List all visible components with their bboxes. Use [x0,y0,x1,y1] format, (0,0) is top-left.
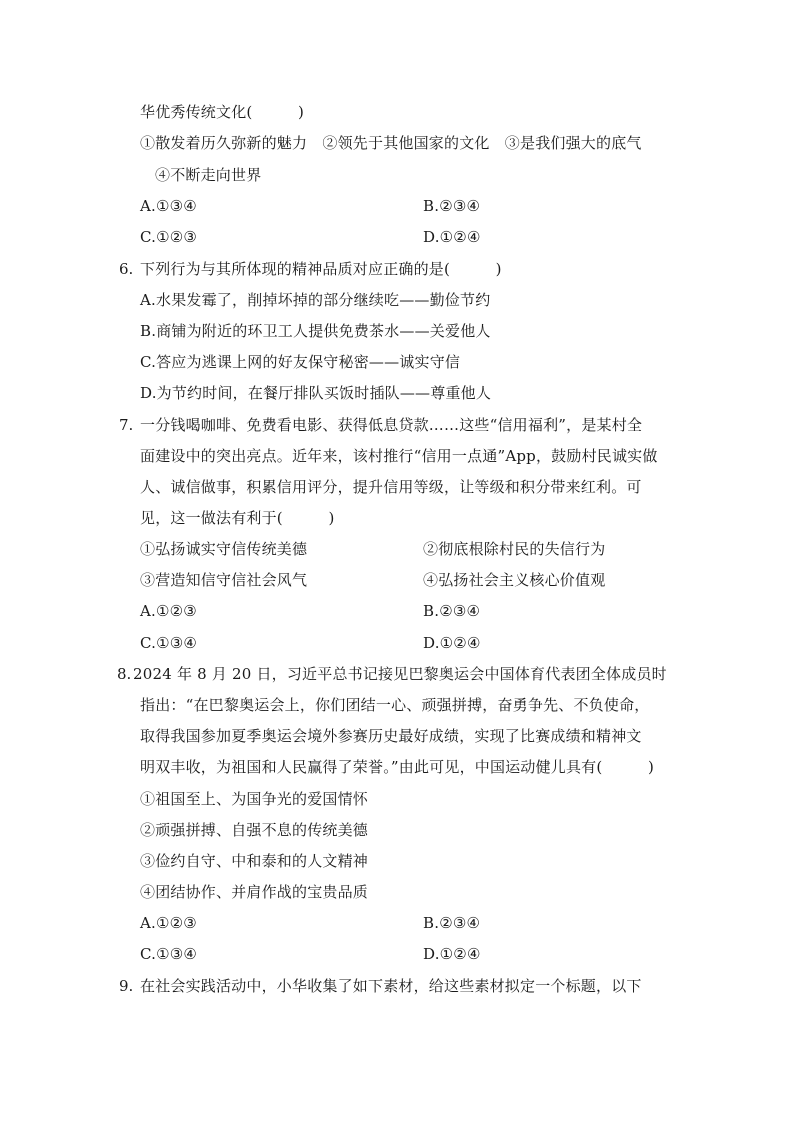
q7-statement-3: ③营造知信守信社会风气 [140,570,307,590]
q8-stem-line-2: 指出：“在巴黎奥运会上，你们团结一心、顽强拼搏，奋勇争先、不负使命， [140,695,649,715]
q8-option-b: B.②③④ [423,913,480,933]
q8-stem-line-4: 明双丰收，为祖国和人民赢得了荣誉。”由此可见，中国运动健儿具有( ) [140,757,654,777]
q6-option-d: D.为节约时间，在餐厅排队买饭时插队——尊重他人 [140,383,491,403]
q9-number: 9. [119,976,133,996]
q7-option-c: C.①③④ [140,633,197,653]
q5-option-b: B.②③④ [423,196,480,216]
q9-stem: 在社会实践活动中，小华收集了如下素材，给这些素材拟定一个标题，以下 [140,976,642,996]
q8-statement-1: ①祖国至上、为国争光的爱国情怀 [140,789,368,809]
q6-number: 6. [119,259,133,279]
q8-option-a: A.①②③ [140,913,197,933]
q6-option-c: C.答应为逃课上网的好友保守秘密——诚实守信 [140,352,460,372]
q8-option-c: C.①③④ [140,944,197,964]
q8-number: 8. [117,664,131,684]
q5-option-d: D.①②④ [423,227,481,247]
q5-stem-tail: 华优秀传统文化( ) [140,102,304,122]
exam-page: 华优秀传统文化( ) ①散发着历久弥新的魅力 ②领先于其他国家的文化 ③是我们强… [0,0,793,1122]
q8-statement-2: ②顽强拼搏、自强不息的传统美德 [140,820,368,840]
q8-stem-line-1: 2024 年 8 月 20 日，习近平总书记接见巴黎奥运会中国体育代表团全体成员… [133,664,667,684]
q8-stem-line-3: 取得我国参加夏季奥运会境外参赛历史最好成绩，实现了比赛成绩和精神文 [140,726,642,746]
q7-stem-line-3: 人、诚信做事，积累信用评分，提升信用等级，让等级和积分带来红利。可 [140,477,642,497]
q5-option-a: A.①③④ [140,196,197,216]
q8-statement-4: ④团结协作、并肩作战的宝贵品质 [140,882,368,902]
q7-option-b: B.②③④ [423,601,480,621]
q7-stem-line-1: 一分钱喝咖啡、免费看电影、获得低息贷款……这些“信用福利”，是某村全 [140,415,642,435]
q6-stem: 下列行为与其所体现的精神品质对应正确的是( ) [140,259,502,279]
q5-statement-line-2: ④不断走向世界 [155,165,261,185]
q7-stem-line-2: 面建设中的突出亮点。近年来，该村推行“信用一点通”App，鼓励村民诚实做 [140,446,658,466]
q7-number: 7. [119,415,133,435]
q7-statement-4: ④弘扬社会主义核心价值观 [423,570,605,590]
q7-statement-2: ②彻底根除村民的失信行为 [423,539,605,559]
q7-option-a: A.①②③ [140,601,197,621]
q6-option-b: B.商铺为附近的环卫工人提供免费茶水——关爱他人 [140,321,491,341]
q5-statement-line-1: ①散发着历久弥新的魅力 ②领先于其他国家的文化 ③是我们强大的底气 [140,133,642,153]
q7-statement-1: ①弘扬诚实守信传统美德 [140,539,307,559]
q8-statement-3: ③俭约自守、中和泰和的人文精神 [140,851,368,871]
q8-option-d: D.①②④ [423,944,481,964]
q7-stem-line-4: 见，这一做法有利于( ) [140,508,335,528]
q5-option-c: C.①②③ [140,227,197,247]
q7-option-d: D.①②④ [423,633,481,653]
q6-option-a: A.水果发霉了，削掉坏掉的部分继续吃——勤俭节约 [140,290,490,310]
